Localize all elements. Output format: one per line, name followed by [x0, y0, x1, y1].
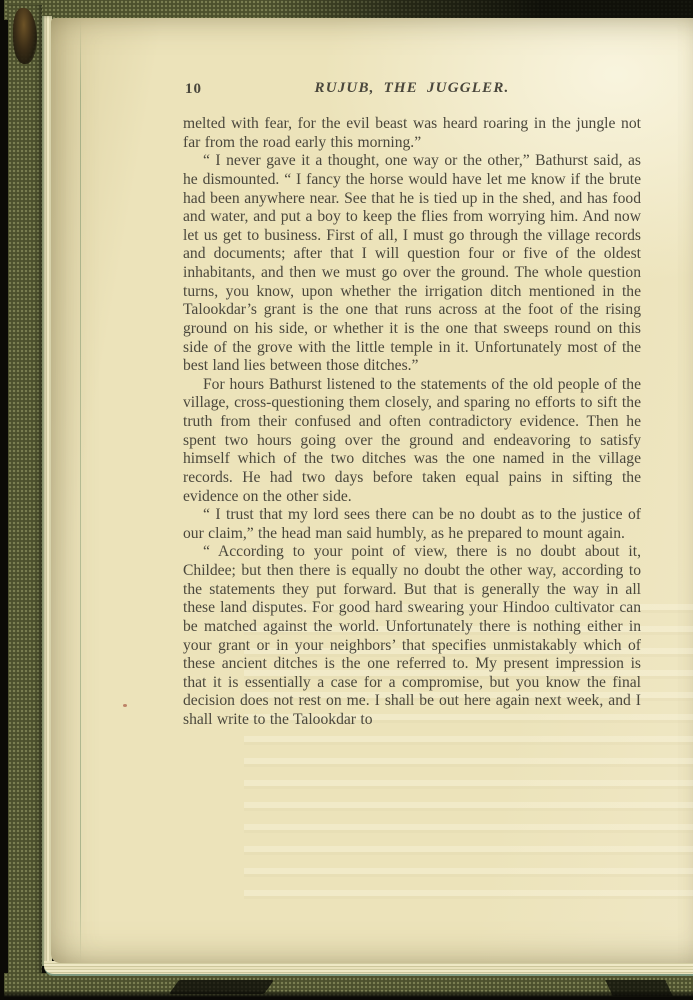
book-cover-top-edge [4, 0, 693, 20]
paragraph: “ I trust that my lord sees there can be… [183, 506, 641, 543]
book-page: 10 RUJUB, THE JUGGLER. melted with fear,… [51, 18, 693, 963]
running-header: 10 RUJUB, THE JUGGLER. [183, 80, 641, 100]
printed-text-block: 10 RUJUB, THE JUGGLER. melted with fear,… [183, 80, 641, 730]
paragraph: “ According to your point of view, there… [183, 543, 641, 729]
book-cover-spine-edge [8, 5, 42, 994]
book-scan: 10 RUJUB, THE JUGGLER. melted with fear,… [0, 0, 693, 1000]
foxing-speck [123, 704, 127, 707]
page-stack-bottom-edge [44, 961, 693, 976]
page-crease [80, 18, 81, 963]
page-number: 10 [185, 81, 202, 98]
cover-shadow-mark [169, 980, 274, 994]
running-header-title: RUJUB, THE JUGGLER. [183, 80, 641, 97]
paragraph: melted with fear, for the evil beast was… [183, 115, 641, 152]
paragraph: For hours Bathurst listened to the state… [183, 376, 641, 506]
cover-shadow-mark [605, 980, 672, 996]
body-text: melted with fear, for the evil beast was… [183, 115, 641, 730]
book-cover-bottom-edge [4, 973, 693, 1000]
paragraph: “ I never gave it a thought, one way or … [183, 152, 641, 376]
